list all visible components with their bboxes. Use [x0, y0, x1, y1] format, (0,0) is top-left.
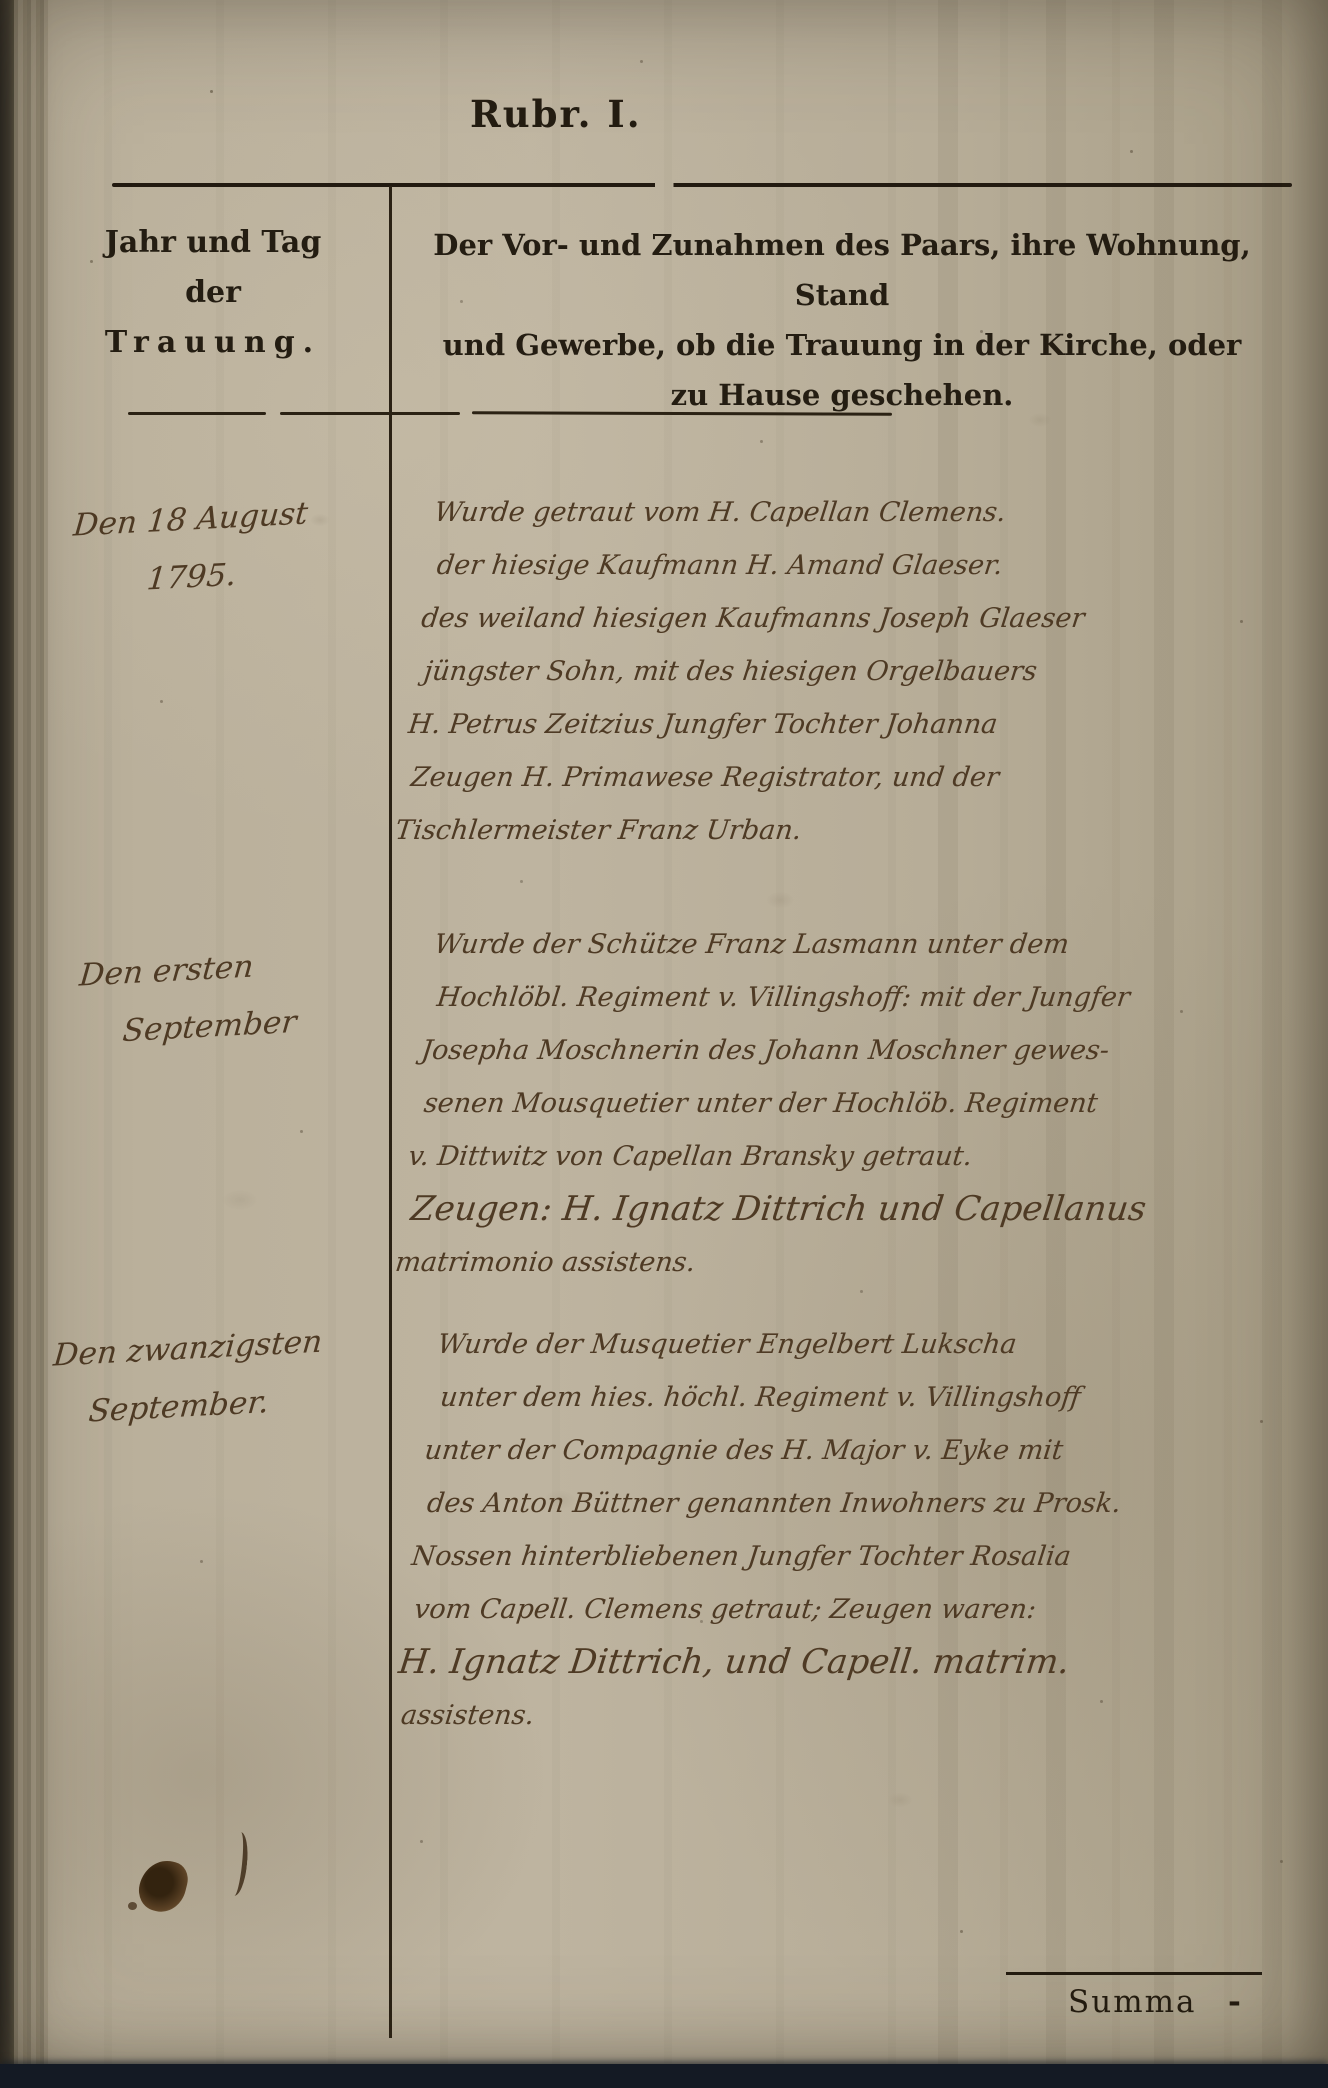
entry-text-line: Hochlöbl. Regiment v. Villingshoff: mit …	[434, 971, 1292, 1024]
entry-text-line: Wurde der Schütze Franz Lasmann unter de…	[431, 918, 1298, 971]
header-date-line: Trauung.	[48, 318, 378, 368]
header-date-line: der	[48, 268, 378, 318]
ink-stain	[134, 1855, 191, 1917]
stacked-page-edges	[14, 0, 48, 2088]
summa-rule	[1006, 1972, 1262, 1975]
entry-text-line: Zeugen H. Primawese Registrator, und der	[408, 751, 1266, 804]
ink-stroke-mark	[225, 1831, 251, 1897]
column-divider	[389, 186, 392, 2038]
entry-date: Den ersten September	[72, 929, 414, 1062]
entry-record: Wurde getraut vom H. Capellan Clemens. d…	[392, 486, 1298, 857]
header-names-line: und Gewerbe, ob die Trauung in der Kirch…	[402, 320, 1282, 370]
entry-date: Den zwanzigsten September.	[46, 1309, 388, 1442]
entry-text-line: vom Capell. Clemens getraut; Zeugen ware…	[411, 1583, 1269, 1636]
entry-text-line: Zeugen: H. Ignatz Dittrich und Capellanu…	[408, 1183, 1266, 1236]
entry-text-line: matrimonio assistens.	[392, 1236, 1259, 1289]
entry-text-line: Wurde getraut vom H. Capellan Clemens.	[431, 486, 1298, 539]
entry-text-line: jüngster Sohn, mit des hiesigen Orgelbau…	[421, 645, 1279, 698]
entry-date: Den 18 August 1795.	[66, 479, 408, 612]
page-title: Rubr. I.	[470, 92, 642, 136]
header-names-line: Der Vor- und Zunahmen des Paars, ihre Wo…	[402, 220, 1282, 320]
register-page-scan: Rubr. I. Jahr und Tag der Trauung. Der V…	[0, 0, 1328, 2088]
entry-record: Wurde der Musquetier Engelbert Lukscha u…	[389, 1318, 1301, 1742]
entry-text-line: unter der Compagnie des H. Major v. Eyke…	[422, 1424, 1289, 1477]
entry-text-line: Wurde der Musquetier Engelbert Lukscha	[435, 1318, 1302, 1371]
entry-text-line: Tischlermeister Franz Urban.	[392, 804, 1259, 857]
summa-value: -	[1228, 1984, 1241, 2020]
column-header-date: Jahr und Tag der Trauung.	[48, 218, 378, 368]
entry-text-line: v. Dittwitz von Capellan Bransky getraut…	[405, 1130, 1272, 1183]
entry-text-line: der hiesige Kaufmann H. Amand Glaeser.	[434, 539, 1292, 592]
entry-text-line: H. Petrus Zeitzius Jungfer Tochter Johan…	[405, 698, 1272, 751]
header-top-rule	[112, 183, 1292, 187]
book-binding-edge	[0, 0, 14, 2088]
header-underline-segment	[128, 412, 266, 415]
entry-record: Wurde der Schütze Franz Lasmann unter de…	[392, 918, 1298, 1289]
scanner-bed-edge	[0, 2064, 1328, 2088]
entry-text-line: senen Mousquetier unter der Hochlöb. Reg…	[421, 1077, 1279, 1130]
entry-text-line: unter dem hies. höchl. Regiment v. Villi…	[437, 1371, 1295, 1424]
header-underline-segment	[280, 412, 460, 415]
entry-date-line: 1795.	[144, 537, 403, 608]
entry-text-line: des weiland hiesigen Kaufmanns Joseph Gl…	[418, 592, 1285, 645]
column-header-names: Der Vor- und Zunahmen des Paars, ihre Wo…	[402, 220, 1282, 420]
ink-dot	[128, 1902, 137, 1910]
summa-label: Summa	[1068, 1984, 1196, 2020]
entry-text-line: H. Ignatz Dittrich, und Capell. matrim.	[395, 1636, 1262, 1689]
entry-text-line: des Anton Büttner genannten Inwohners zu…	[424, 1477, 1282, 1530]
entry-text-line: Josepha Moschnerin des Johann Moschner g…	[418, 1024, 1285, 1077]
entry-text-line: Nossen hinterbliebenen Jungfer Tochter R…	[408, 1530, 1275, 1583]
entry-text-line: assistens.	[398, 1689, 1256, 1742]
header-date-line: Jahr und Tag	[48, 218, 378, 268]
